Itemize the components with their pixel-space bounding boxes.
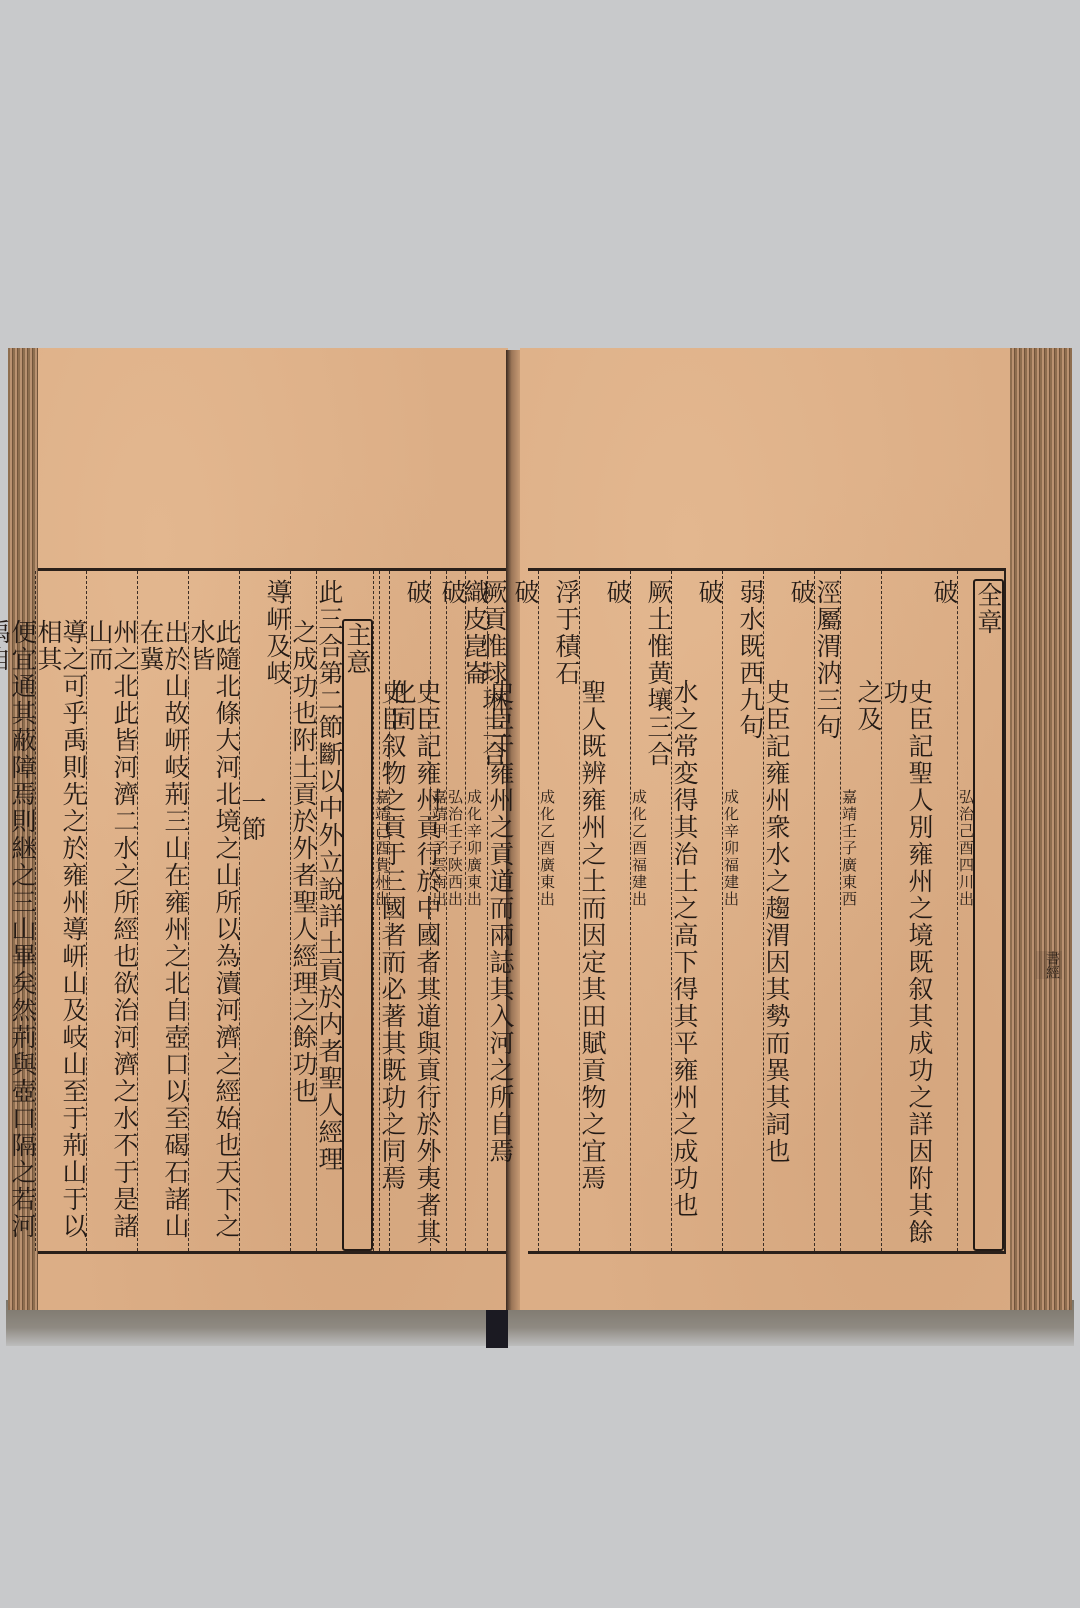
right-text-frame: 書經 全章弘治己酉四川出 破史臣記聖人別雍州之境既叙其成功之詳因附其餘功 之及嘉…: [528, 568, 1006, 1254]
column: 破史臣記雍州衆水之趨渭因其勢而異其詞也: [763, 571, 814, 1251]
margin-label: 書經: [1036, 951, 1062, 979]
column: 破聖人既辨雍州之土而因定其田賦貢物之宜焉: [579, 571, 630, 1251]
right-page: 書經 全章弘治己酉四川出 破史臣記聖人別雍州之境既叙其成功之詳因附其餘功 之及嘉…: [520, 348, 1072, 1310]
column: 破史臣叙物之貢于三國者而必著其既功之同焉: [379, 571, 430, 1251]
column: 破史臣于雍州之貢道而兩誌其入河之所自焉: [487, 571, 538, 1251]
column: 之及嘉靖壬子廣東西: [840, 571, 881, 1251]
column: 破史臣記聖人別雍州之境既叙其成功之詳因附其餘功: [881, 571, 957, 1251]
column: 破水之常変得其治土之高下得其平雍州之成功也: [671, 571, 722, 1251]
column: 州之北此皆河濟二水之所經也欲治河濟之水不于是諸山而: [86, 571, 137, 1251]
column: 織皮崑崙弘治壬子陝西出: [446, 571, 487, 1251]
column: 此隨北條大河北境之山所以為瀆河濟之經始也天下之水皆: [188, 571, 239, 1251]
column: 導岍及岐一節: [239, 571, 290, 1251]
column: 涇屬渭汭三句: [814, 571, 840, 1251]
column: 導之可乎禹則先之於雍州導岍山及岐山至于荊山于以相其: [35, 571, 86, 1251]
column: 出於山故岍岐荊三山在雍州之北自壺口以至碣石諸山在冀: [137, 571, 188, 1251]
column: 全章弘治己酉四川出: [957, 571, 1004, 1251]
column: 弱水既西九句成化辛卯福建出: [722, 571, 763, 1251]
right-fore-edge: [1010, 348, 1072, 1310]
column: 厥土惟黄壤三合成化乙酉福建出: [630, 571, 671, 1251]
column: 便宜通其蔽障焉則継之三山畢矣然荊與壺口隔之若河禹自: [0, 571, 35, 1251]
column: 之成功也附土貢於外者聖人經理之餘功也: [290, 571, 316, 1251]
column: 嘉靖甲子雲南出: [430, 571, 446, 1251]
column: 主意此三合第二節斷以中外立說詳土貢於内者聖人經理: [316, 571, 373, 1251]
column: 浮于積石成化乙酉廣東出: [538, 571, 579, 1251]
